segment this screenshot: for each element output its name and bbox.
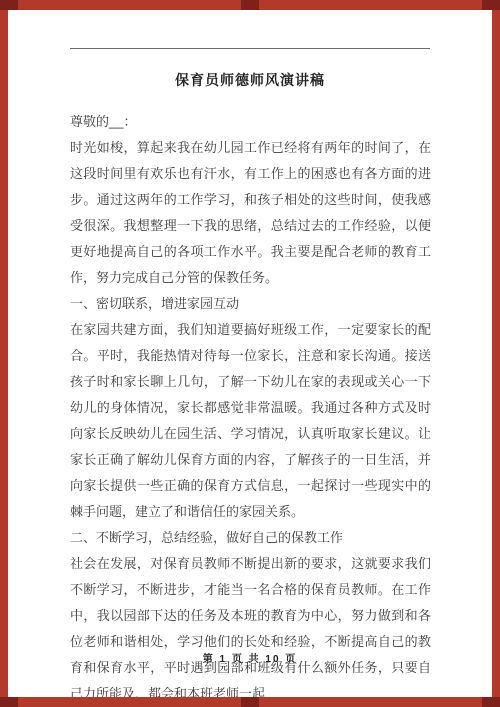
page-footer: 第 1 页 共 10 页	[70, 650, 430, 665]
frame-corner-tick-bottom-left	[0, 697, 18, 707]
frame-corner-tick-top-left	[0, 0, 18, 10]
frame-tick-bottom-center	[241, 697, 259, 707]
frame-corner-tick-top-right	[482, 0, 500, 10]
section-heading-2: 二、不断学习，总结经验，做好自己的保教工作	[70, 525, 431, 551]
document-body: 尊敬的__： 时光如梭，算起来我在幼儿园工作已经将有两年的时间了，在这段时间里有…	[70, 109, 431, 697]
section-heading-1: 一、密切联系，增进家园互动	[70, 291, 431, 317]
document-page: 保育员师德师风演讲稿 尊敬的__： 时光如梭，算起来我在幼儿园工作已经将有两年的…	[8, 10, 492, 697]
paragraph-section-2: 社会在发展，对保育员教师不断提出新的要求，这就要求我们不断学习，不断进步，才能当…	[70, 551, 431, 697]
document-title: 保育员师德师风演讲稿	[70, 70, 430, 90]
frame-tick-top-center	[241, 0, 259, 10]
frame-corner-tick-bottom-right	[482, 697, 500, 707]
paragraph-intro: 时光如梭，算起来我在幼儿园工作已经将有两年的时间了，在这段时间里有欢乐也有汗水，…	[70, 135, 431, 291]
document-frame: 保育员师德师风演讲稿 尊敬的__： 时光如梭，算起来我在幼儿园工作已经将有两年的…	[0, 0, 500, 707]
header-divider	[70, 48, 430, 49]
salutation-line: 尊敬的__：	[70, 109, 431, 135]
paragraph-section-1: 在家园共建方面，我们知道要搞好班级工作，一定要家长的配合。平时，我能热情对待每一…	[70, 317, 431, 525]
